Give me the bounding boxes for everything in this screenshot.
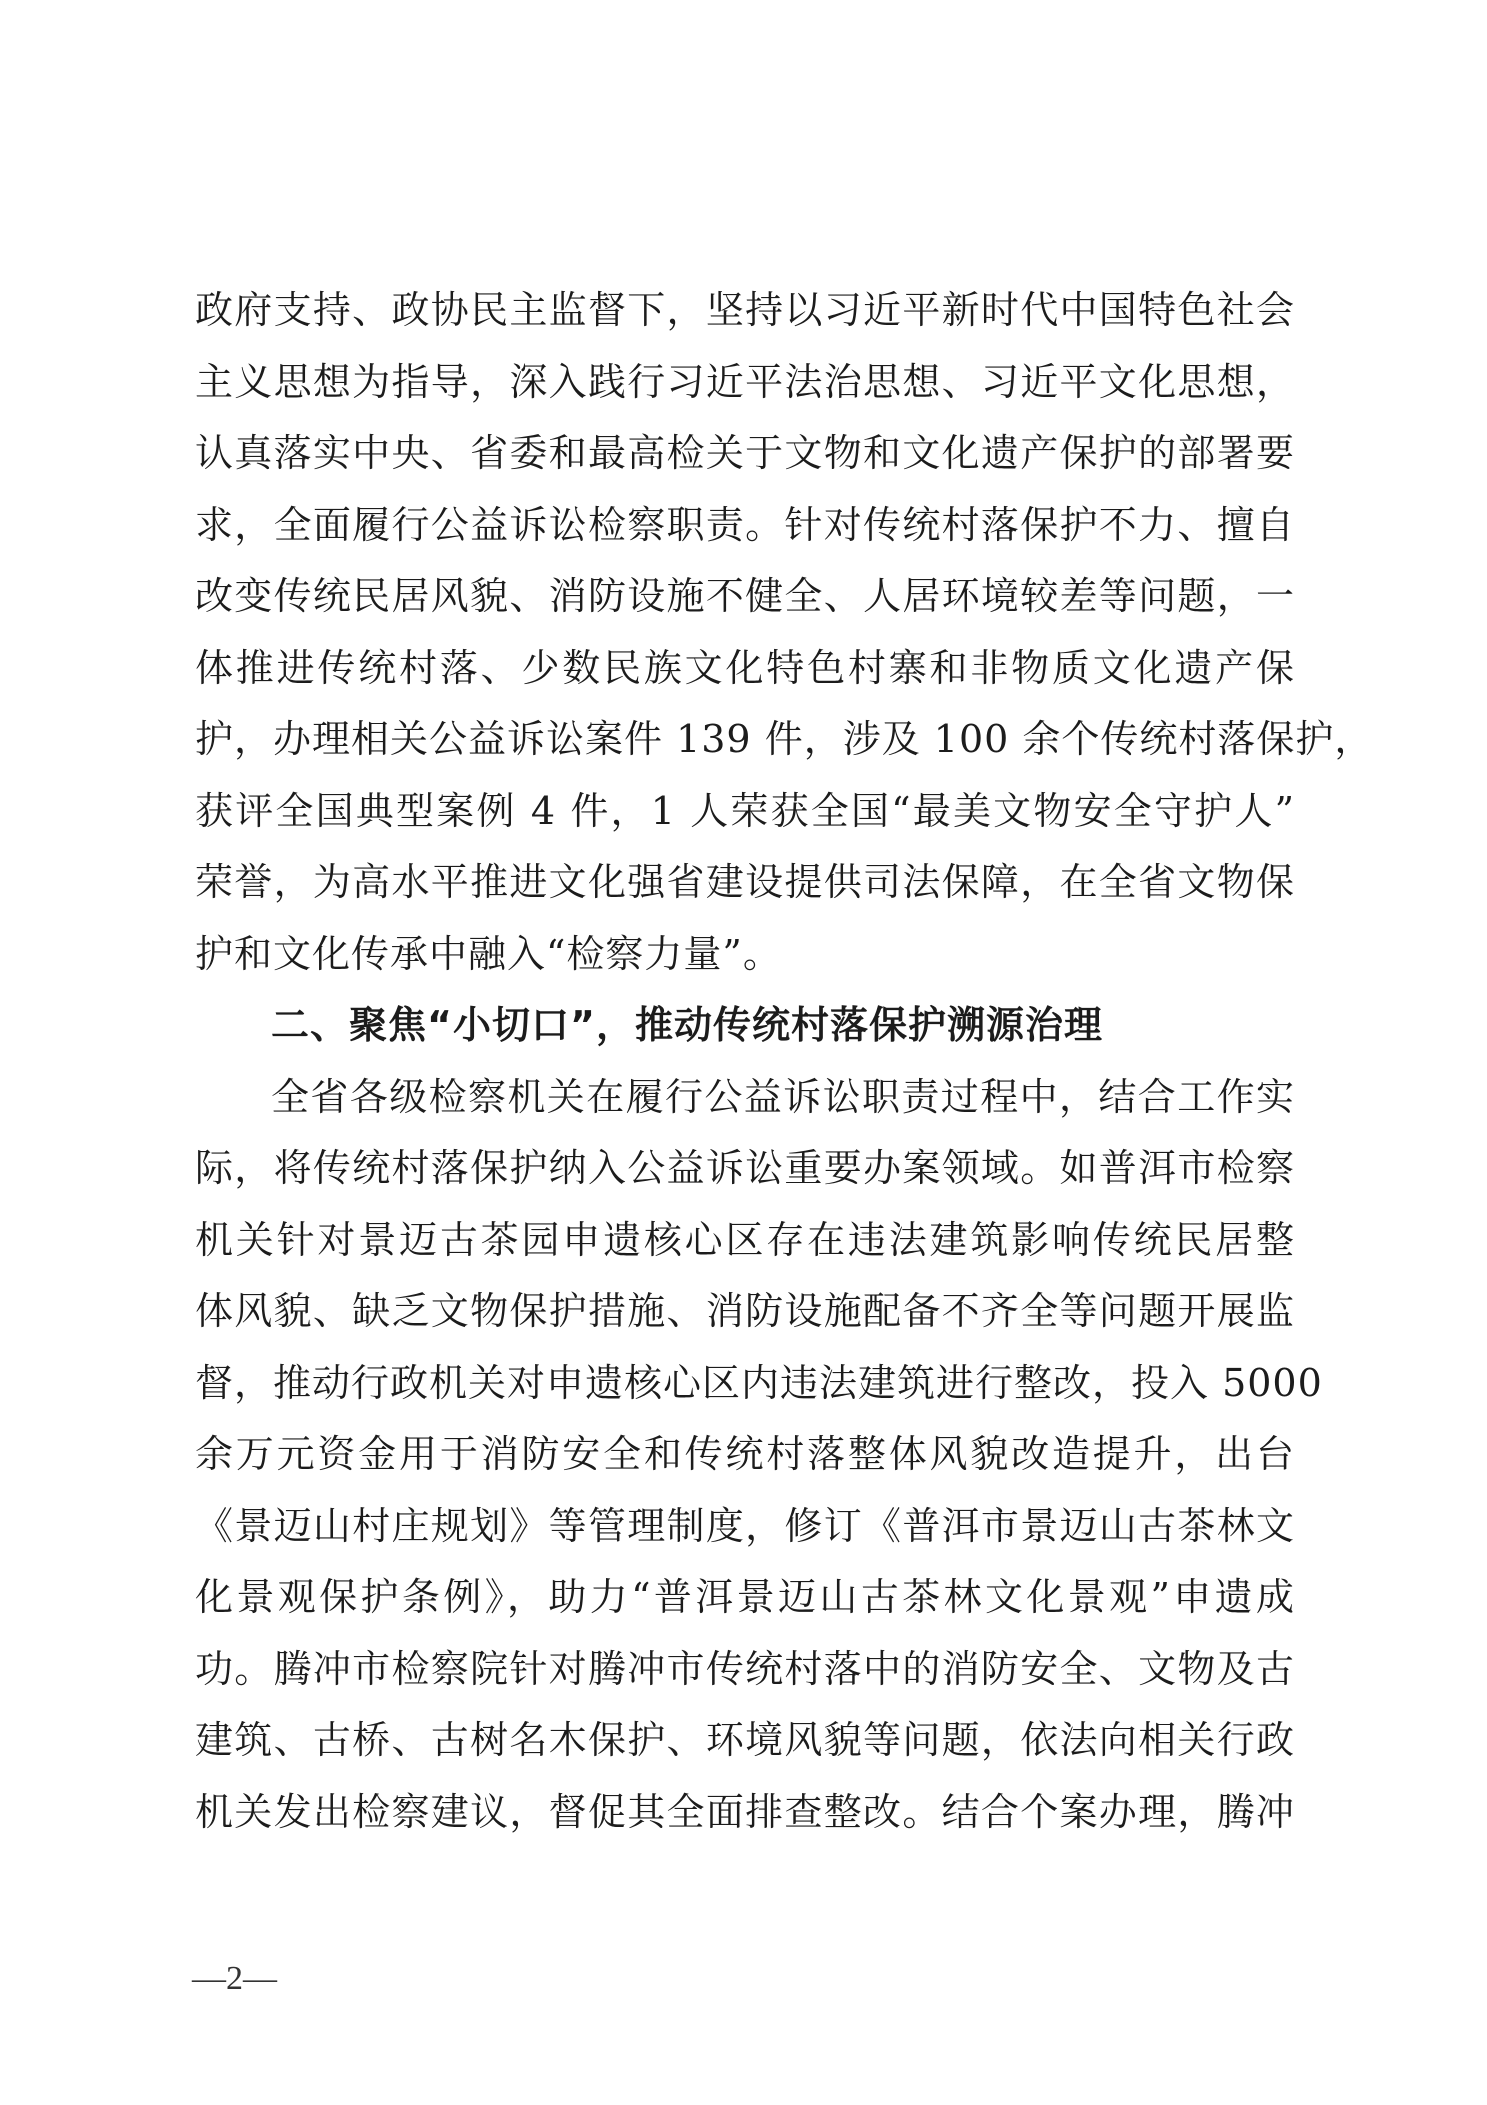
text-line: 政府支持、政协民主监督下，坚持以习近平新时代中国特色社会	[195, 275, 1295, 347]
text-line: 《景迈山村庄规划》等管理制度，修订《普洱市景迈山古茶林文	[195, 1491, 1295, 1563]
text-line: 余万元资金用于消防安全和传统村落整体风貌改造提升，出台	[195, 1419, 1295, 1491]
text-line: 护，办理相关公益诉讼案件 139 件，涉及 100 余个传统村落保护，	[195, 704, 1295, 776]
section-heading: 二、聚焦“小切口”，推动传统村落保护溯源治理	[195, 990, 1295, 1062]
text-line: 主义思想为指导，深入践行习近平法治思想、习近平文化思想，	[195, 347, 1295, 419]
text-line: 际，将传统村落保护纳入公益诉讼重要办案领域。如普洱市检察	[195, 1133, 1295, 1205]
text-line: 建筑、古桥、古树名木保护、环境风貌等问题，依法向相关行政	[195, 1705, 1295, 1777]
page-number: —2—	[192, 1960, 277, 1998]
text-line: 改变传统民居风貌、消防设施不健全、人居环境较差等问题，一	[195, 561, 1295, 633]
document-body: 政府支持、政协民主监督下，坚持以习近平新时代中国特色社会 主义思想为指导，深入践…	[195, 275, 1295, 1848]
text-line: 全省各级检察机关在履行公益诉讼职责过程中，结合工作实	[195, 1062, 1295, 1134]
text-line: 荣誉，为高水平推进文化强省建设提供司法保障，在全省文物保	[195, 847, 1295, 919]
text-line: 体风貌、缺乏文物保护措施、消防设施配备不齐全等问题开展监	[195, 1276, 1295, 1348]
text-line: 求，全面履行公益诉讼检察职责。针对传统村落保护不力、擅自	[195, 490, 1295, 562]
text-line: 督，推动行政机关对申遗核心区内违法建筑进行整改，投入 5000	[195, 1348, 1295, 1420]
text-line: 护和文化传承中融入“检察力量”。	[195, 919, 1295, 991]
text-line: 体推进传统村落、少数民族文化特色村寨和非物质文化遗产保	[195, 633, 1295, 705]
document-page: 政府支持、政协民主监督下，坚持以习近平新时代中国特色社会 主义思想为指导，深入践…	[0, 0, 1487, 2105]
text-line: 认真落实中央、省委和最高检关于文物和文化遗产保护的部署要	[195, 418, 1295, 490]
text-line: 功。腾冲市检察院针对腾冲市传统村落中的消防安全、文物及古	[195, 1634, 1295, 1706]
text-line: 机关发出检察建议，督促其全面排查整改。结合个案办理，腾冲	[195, 1777, 1295, 1849]
text-line: 化景观保护条例》，助力“普洱景迈山古茶林文化景观”申遗成	[195, 1562, 1295, 1634]
text-line: 机关针对景迈古茶园申遗核心区存在违法建筑影响传统民居整	[195, 1205, 1295, 1277]
text-line: 获评全国典型案例 4 件，1 人荣获全国“最美文物安全守护人”	[195, 776, 1295, 848]
